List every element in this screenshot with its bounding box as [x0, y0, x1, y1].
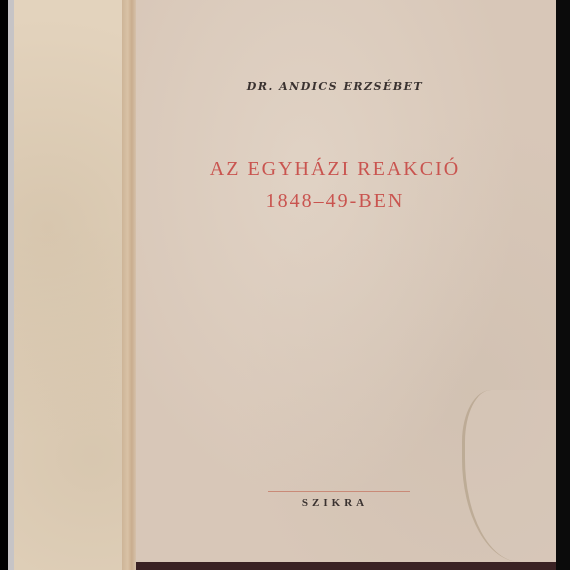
- publisher-name: SZIKRA: [0, 497, 570, 509]
- publisher-rule: [268, 491, 410, 492]
- book-title-line2: 1848–49-BEN: [0, 190, 570, 213]
- cover-bottom-edge: [136, 562, 556, 570]
- author-name: DR. ANDICS ERZSÉBET: [0, 80, 570, 93]
- book-title-line1: AZ EGYHÁZI REAKCIÓ: [0, 158, 570, 181]
